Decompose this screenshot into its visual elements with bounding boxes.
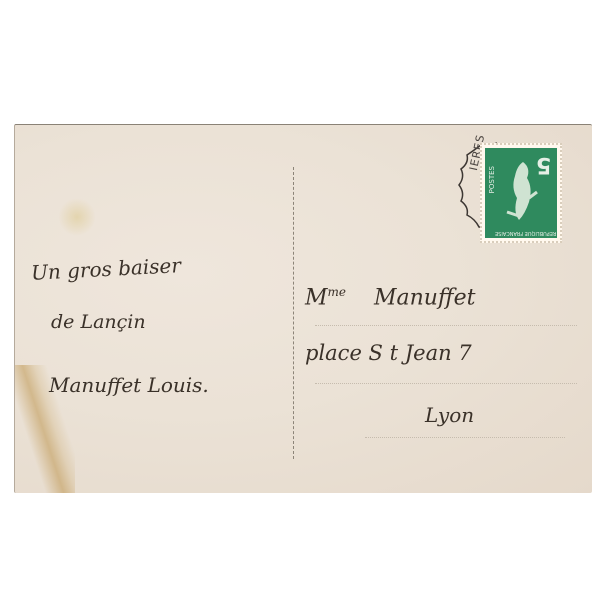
stamp-value: 5: [536, 152, 551, 177]
message-line-2: de Lançin: [51, 311, 146, 333]
address-line: [315, 383, 577, 384]
address-title-sup: me: [328, 285, 346, 299]
address-name: Manuffet: [374, 285, 475, 310]
address-city: Lyon: [425, 403, 474, 427]
message-line-1: Un gros baiser: [30, 253, 181, 285]
address-recipient: Mme Manuffet: [305, 285, 475, 310]
postcard: Un gros baiser de Lançin Manuffet Louis.…: [14, 124, 592, 493]
postage-stamp: 5 POSTES REPUBLIQUE FRANCAISE: [480, 143, 562, 243]
stain: [59, 197, 95, 237]
address-line: [315, 325, 577, 326]
message-line-3: Manuffet Louis.: [49, 373, 209, 397]
stamp-label: POSTES: [488, 166, 496, 193]
stamp-country: REPUBLIQUE FRANCAISE: [495, 230, 556, 236]
address-street: place S t Jean 7: [305, 341, 472, 365]
center-divider: [293, 167, 294, 459]
address-title: M: [305, 285, 328, 310]
address-line: [365, 437, 565, 438]
